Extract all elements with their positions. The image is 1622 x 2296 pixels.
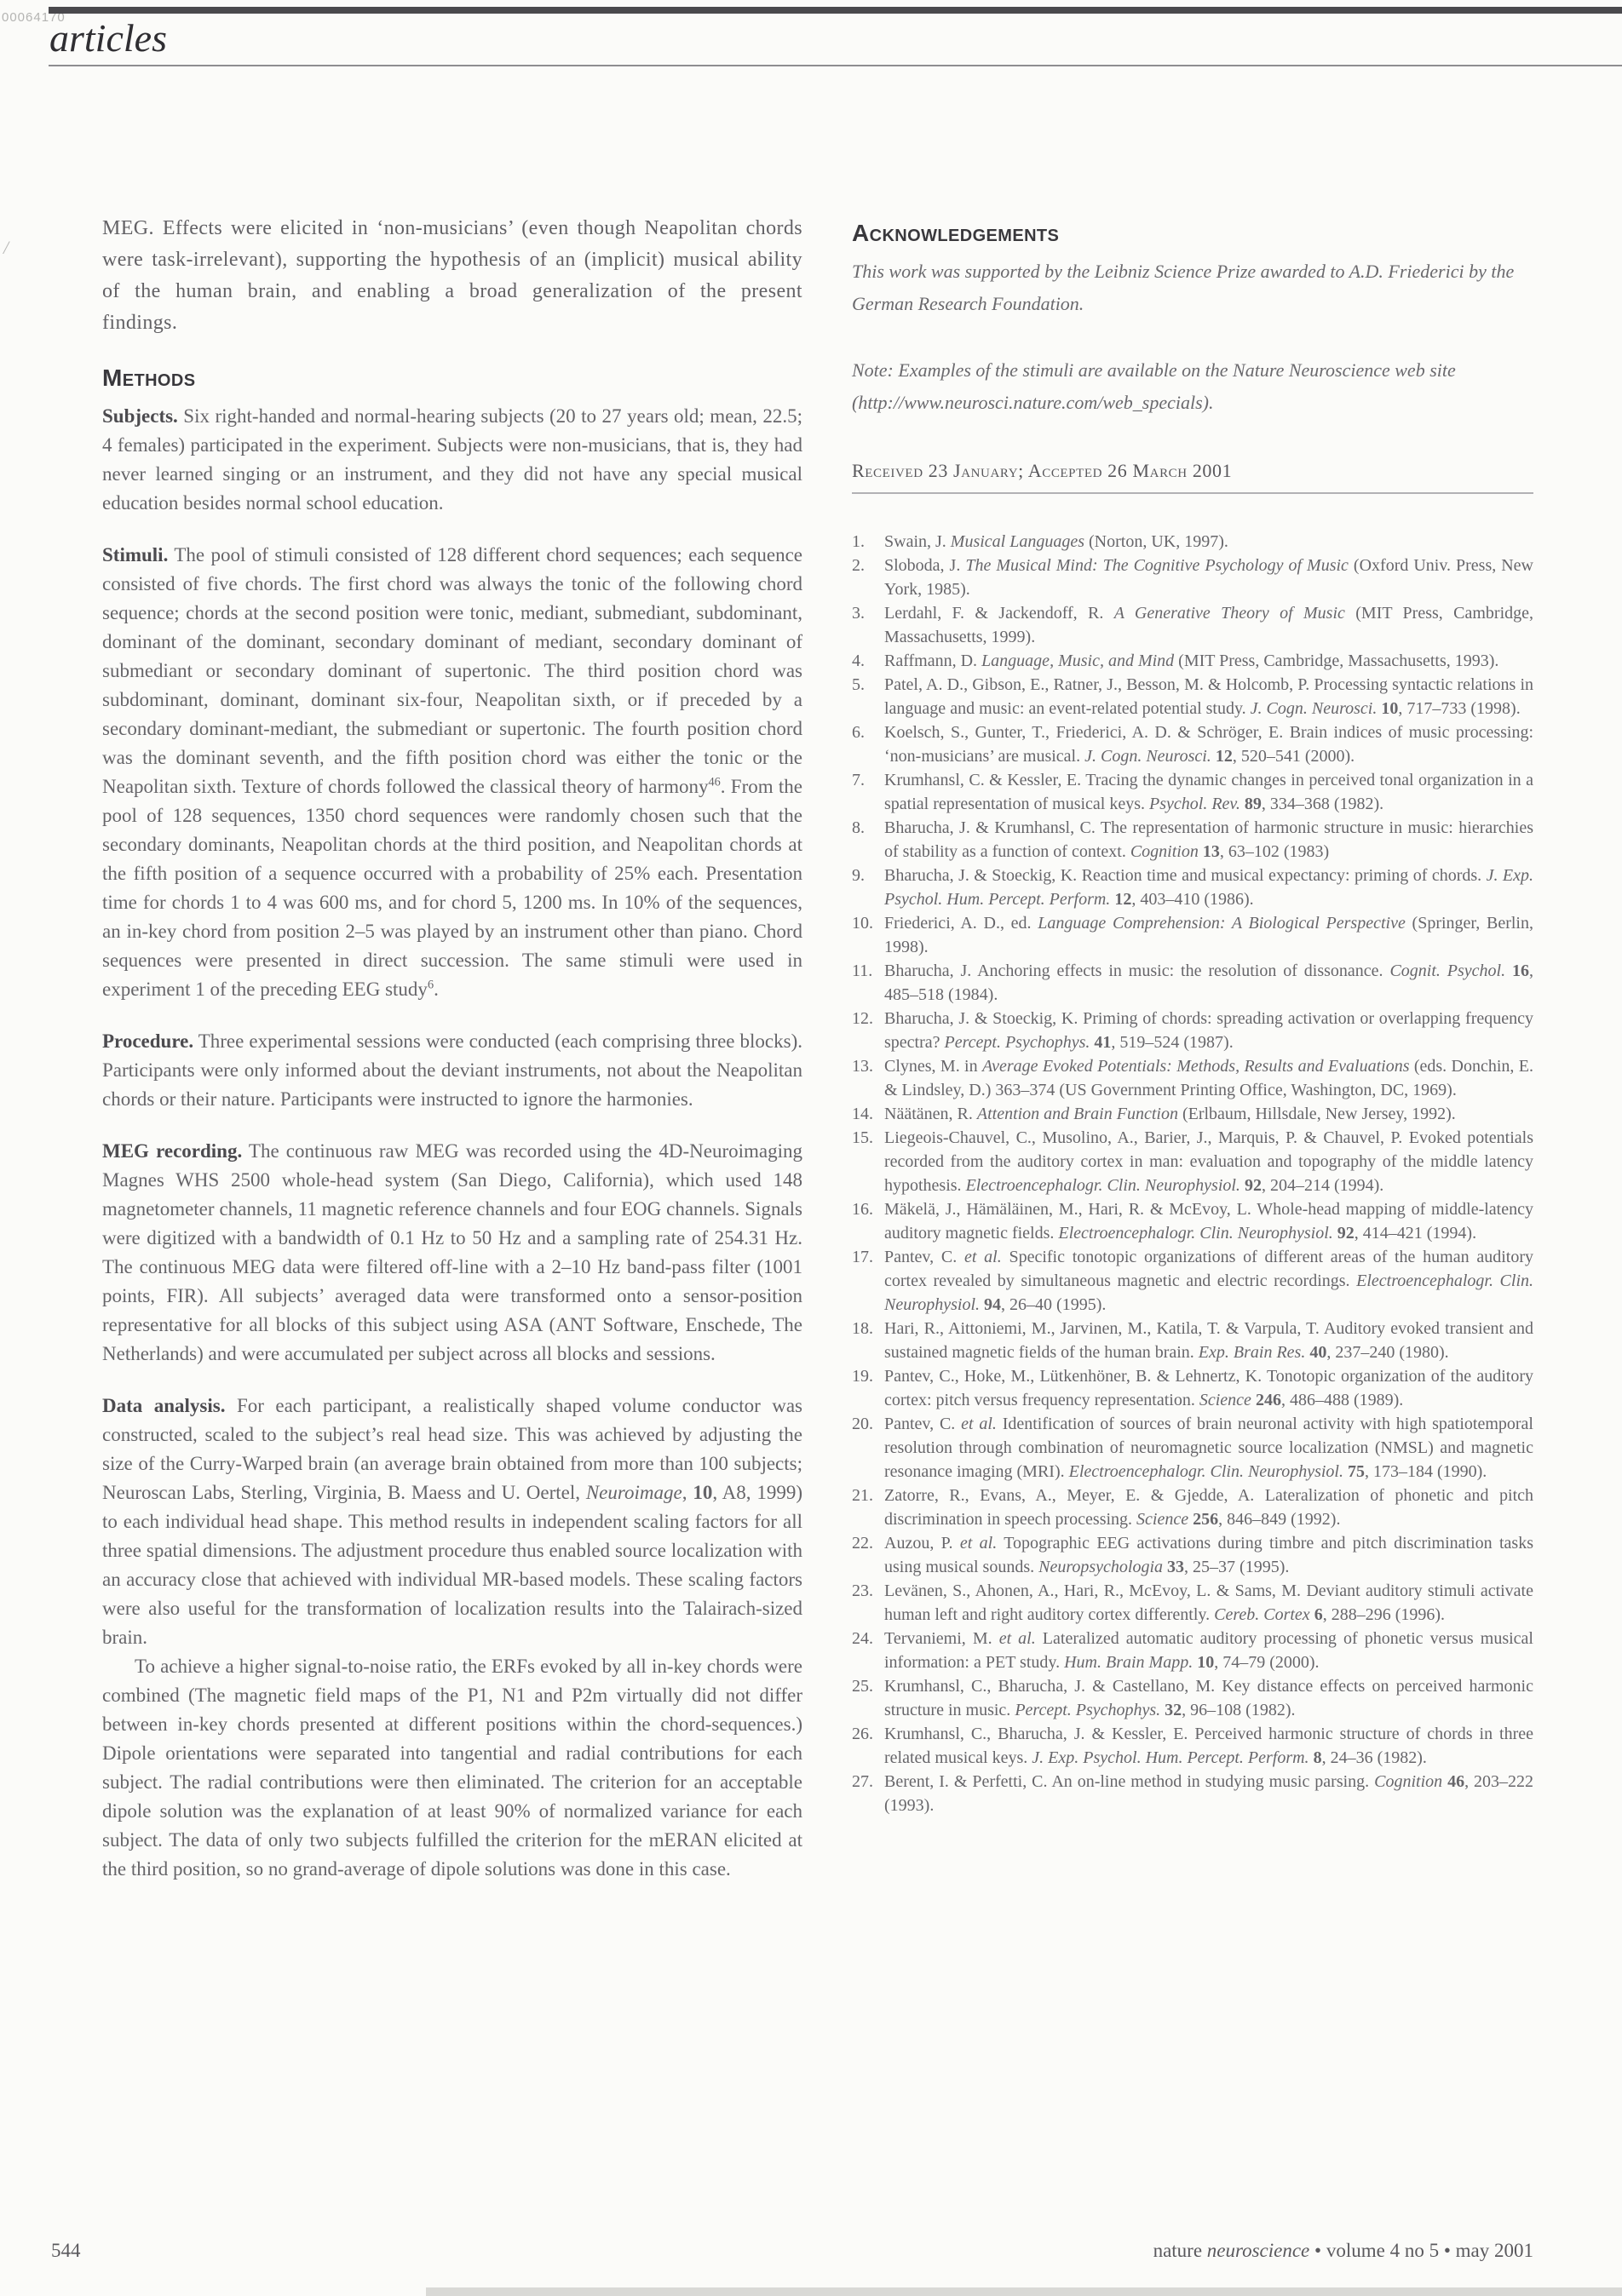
reference-text: Bharucha, J. Anchoring effects in music:… [884, 961, 1533, 1004]
footer-date: may 2001 [1456, 2240, 1533, 2261]
journal-name-italic: neuroscience [1207, 2240, 1309, 2261]
reference-item: 17.Pantev, C. et al. Specific tonotopic … [852, 1245, 1533, 1317]
stimuli-paragraph: Stimuli. The pool of stimuli consisted o… [102, 541, 802, 1004]
received-accepted-line: Received 23 January; Accepted 26 March 2… [852, 460, 1533, 494]
reference-text: Clynes, M. in Average Evoked Potentials:… [884, 1057, 1533, 1099]
reference-number: 5. [852, 673, 865, 697]
reference-text: Zatorre, R., Evans, A., Meyer, E. & Gjed… [884, 1486, 1533, 1529]
reference-item: 16.Mäkelä, J., Hämäläinen, M., Hari, R. … [852, 1197, 1533, 1245]
procedure-paragraph: Procedure. Three experimental sessions w… [102, 1027, 802, 1114]
reference-number: 11. [852, 959, 872, 983]
note-text: Note: Examples of the stimuli are availa… [852, 354, 1533, 419]
paragraph-lead: Stimuli. [102, 544, 168, 565]
journal-name: nature [1153, 2240, 1202, 2261]
reference-text: Pantev, C. et al. Identification of sour… [884, 1415, 1533, 1481]
reference-text: Patel, A. D., Gibson, E., Ratner, J., Be… [884, 675, 1533, 718]
reference-number: 6. [852, 720, 865, 744]
reference-text: Lerdahl, F. & Jackendoff, R. A Generativ… [884, 604, 1533, 646]
reference-text: Krumhansl, C. & Kessler, E. Tracing the … [884, 771, 1533, 813]
reference-item: 19.Pantev, C., Hoke, M., Lütkenhöner, B.… [852, 1364, 1533, 1412]
reference-item: 24.Tervaniemi, M. et al. Lateralized aut… [852, 1627, 1533, 1674]
reference-item: 27.Berent, I. & Perfetti, C. An on-line … [852, 1770, 1533, 1817]
page-header-label: articles [49, 15, 167, 60]
reference-item: 25.Krumhansl, C., Bharucha, J. & Castell… [852, 1674, 1533, 1722]
subjects-paragraph: Subjects. Six right-handed and normal-he… [102, 402, 802, 518]
reference-text: Koelsch, S., Gunter, T., Friederici, A. … [884, 723, 1533, 766]
reference-text: Sloboda, J. The Musical Mind: The Cognit… [884, 556, 1533, 599]
reference-item: 15.Liegeois-Chauvel, C., Musolino, A., B… [852, 1126, 1533, 1197]
scan-edge-artifact [426, 2287, 1622, 2296]
reference-number: 18. [852, 1317, 873, 1340]
reference-list: 1.Swain, J. Musical Languages (Norton, U… [852, 530, 1533, 1817]
reference-text: Bharucha, J. & Stoeckig, K. Priming of c… [884, 1009, 1533, 1052]
reference-text: Raffmann, D. Language, Music, and Mind (… [884, 651, 1498, 670]
page-footer: 544 nature neuroscience • volume 4 no 5 … [0, 2240, 1622, 2274]
reference-item: 26.Krumhansl, C., Bharucha, J. & Kessler… [852, 1722, 1533, 1770]
reference-item: 7.Krumhansl, C. & Kessler, E. Tracing th… [852, 768, 1533, 816]
reference-text: Auzou, P. et al. Topographic EEG activat… [884, 1534, 1533, 1576]
reference-text: Levänen, S., Ahonen, A., Hari, R., McEvo… [884, 1581, 1533, 1624]
reference-number: 21. [852, 1484, 873, 1507]
methods-paragraphs: Subjects. Six right-handed and normal-he… [102, 402, 802, 1884]
reference-number: 16. [852, 1197, 873, 1221]
acknowledgements-heading: Acknowledgements [852, 220, 1533, 247]
reference-item: 5.Patel, A. D., Gibson, E., Ratner, J., … [852, 673, 1533, 720]
reference-number: 26. [852, 1722, 873, 1746]
reference-number: 15. [852, 1126, 873, 1150]
reference-text: Swain, J. Musical Languages (Norton, UK,… [884, 532, 1228, 551]
reference-number: 22. [852, 1531, 873, 1555]
signal-to-noise-paragraph: To achieve a higher signal-to-noise rati… [102, 1652, 802, 1884]
reference-text: Tervaniemi, M. et al. Lateralized automa… [884, 1629, 1533, 1672]
reference-item: 4.Raffmann, D. Language, Music, and Mind… [852, 649, 1533, 673]
reference-item: 22.Auzou, P. et al. Topographic EEG acti… [852, 1531, 1533, 1579]
reference-item: 11.Bharucha, J. Anchoring effects in mus… [852, 959, 1533, 1007]
journal-footer: nature neuroscience • volume 4 no 5 • ma… [1153, 2240, 1533, 2262]
reference-text: Mäkelä, J., Hämäläinen, M., Hari, R. & M… [884, 1200, 1533, 1243]
reference-number: 2. [852, 554, 865, 577]
scan-artifact: / [3, 237, 9, 259]
reference-text: Berent, I. & Perfetti, C. An on-line met… [884, 1772, 1533, 1815]
methods-heading: Methods [102, 364, 802, 392]
intro-paragraph: MEG. Effects were elicited in ‘non-music… [102, 213, 802, 339]
reference-number: 4. [852, 649, 865, 673]
reference-text: Friederici, A. D., ed. Language Comprehe… [884, 914, 1533, 956]
reference-item: 3.Lerdahl, F. & Jackendoff, R. A Generat… [852, 601, 1533, 649]
reference-item: 6.Koelsch, S., Gunter, T., Friederici, A… [852, 720, 1533, 768]
reference-text: Krumhansl, C., Bharucha, J. & Castellano… [884, 1677, 1533, 1719]
reference-number: 8. [852, 816, 865, 840]
paragraph-lead: Data analysis. [102, 1395, 225, 1416]
footer-bullet: • [1314, 2240, 1321, 2261]
reference-number: 19. [852, 1364, 873, 1388]
reference-item: 20.Pantev, C. et al. Identification of s… [852, 1412, 1533, 1484]
reference-text: Pantev, C. et al. Specific tonotopic org… [884, 1248, 1533, 1314]
reference-text: Krumhansl, C., Bharucha, J. & Kessler, E… [884, 1725, 1533, 1767]
reference-item: 21.Zatorre, R., Evans, A., Meyer, E. & G… [852, 1484, 1533, 1531]
footer-issue: volume 4 no 5 [1326, 2240, 1439, 2261]
reference-number: 10. [852, 911, 873, 935]
reference-number: 3. [852, 601, 865, 625]
acknowledgements-text: This work was supported by the Leibniz S… [852, 255, 1533, 320]
reference-number: 20. [852, 1412, 873, 1436]
reference-item: 13.Clynes, M. in Average Evoked Potentia… [852, 1054, 1533, 1102]
reference-item: 12.Bharucha, J. & Stoeckig, K. Priming o… [852, 1007, 1533, 1054]
page-number: 544 [51, 2240, 81, 2262]
reference-item: 14.Näätänen, R. Attention and Brain Func… [852, 1102, 1533, 1126]
reference-number: 9. [852, 864, 865, 887]
reference-number: 23. [852, 1579, 873, 1603]
reference-number: 24. [852, 1627, 873, 1650]
reference-item: 2.Sloboda, J. The Musical Mind: The Cogn… [852, 554, 1533, 601]
reference-text: Näätänen, R. Attention and Brain Functio… [884, 1105, 1456, 1123]
reference-text: Bharucha, J. & Stoeckig, K. Reaction tim… [884, 866, 1533, 909]
reference-number: 17. [852, 1245, 873, 1269]
reference-item: 18.Hari, R., Aittoniemi, M., Jarvinen, M… [852, 1317, 1533, 1364]
reference-item: 1.Swain, J. Musical Languages (Norton, U… [852, 530, 1533, 554]
reference-number: 1. [852, 530, 865, 554]
reference-text: Pantev, C., Hoke, M., Lütkenhöner, B. & … [884, 1367, 1533, 1409]
meg-recording-paragraph: MEG recording. The continuous raw MEG wa… [102, 1137, 802, 1369]
top-rule [49, 7, 1622, 14]
right-column: Acknowledgements This work was supported… [852, 213, 1533, 1817]
paragraph-lead: Procedure. [102, 1030, 193, 1052]
reference-number: 7. [852, 768, 865, 792]
paragraph-lead: MEG recording. [102, 1140, 242, 1162]
reference-item: 23.Levänen, S., Ahonen, A., Hari, R., Mc… [852, 1579, 1533, 1627]
paragraph-lead: Subjects. [102, 405, 178, 427]
footer-bullet: • [1444, 2240, 1451, 2261]
reference-number: 27. [852, 1770, 873, 1794]
reference-number: 12. [852, 1007, 873, 1030]
reference-text: Hari, R., Aittoniemi, M., Jarvinen, M., … [884, 1319, 1533, 1362]
reference-item: 8.Bharucha, J. & Krumhansl, C. The repre… [852, 816, 1533, 864]
reference-text: Liegeois-Chauvel, C., Musolino, A., Bari… [884, 1128, 1533, 1195]
reference-number: 25. [852, 1674, 873, 1698]
reference-number: 13. [852, 1054, 873, 1078]
data-analysis-paragraph: Data analysis. For each participant, a r… [102, 1392, 802, 1652]
reference-text: Bharucha, J. & Krumhansl, C. The represe… [884, 818, 1533, 861]
left-column: MEG. Effects were elicited in ‘non-music… [102, 213, 802, 1907]
reference-item: 9.Bharucha, J. & Stoeckig, K. Reaction t… [852, 864, 1533, 911]
header-rule [49, 65, 1622, 66]
journal-page: 00064170 articles / MEG. Effects were el… [0, 0, 1622, 2296]
reference-item: 10.Friederici, A. D., ed. Language Compr… [852, 911, 1533, 959]
reference-number: 14. [852, 1102, 873, 1126]
